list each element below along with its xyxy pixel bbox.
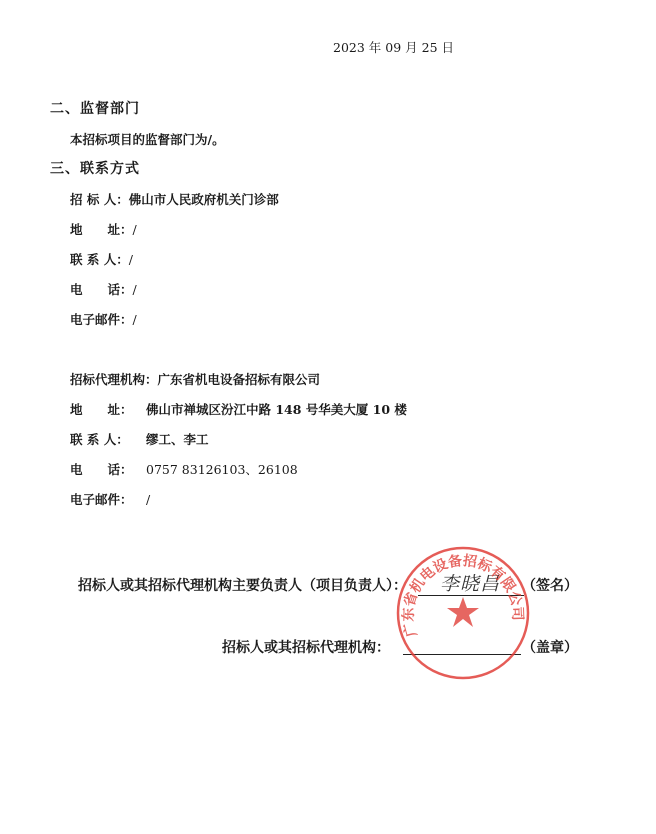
field-label: 地 址： [70,400,146,418]
field-label: 电 话： [70,460,146,478]
field-label: 电子邮件： [70,310,133,328]
field-value: / [133,312,137,327]
agency-email-row: 电子邮件：/ [70,490,150,508]
agency-name-row: 招标代理机构：广东省机电设备招标有限公司 [70,370,320,388]
stamp-label: 招标人或其招标代理机构： [222,637,390,657]
agency-phone-row: 电 话：0757 83126103、26108 [70,460,298,478]
agency-address-row: 地 址：佛山市禅城区汾江中路 148 号华美大厦 10 楼 [70,400,407,418]
supervision-text: 本招标项目的监督部门为/。 [70,130,225,148]
agency-contact-row: 联 系 人：缪工、李工 [70,430,209,448]
document-date: 2023 年 09 月 25 日 [333,38,454,56]
section-heading-supervision: 二、监督部门 [50,98,140,118]
field-label: 招 标 人： [70,190,129,208]
tenderer-email-row: 电子邮件：/ [70,310,137,328]
tenderer-address-row: 地 址：/ [70,220,137,238]
field-value: 佛山市人民政府机关门诊部 [129,192,279,207]
company-seal-icon: 广东省机电设备招标有限公司 [395,545,531,681]
tenderer-contact-row: 联 系 人：/ [70,250,133,268]
field-label: 联 系 人： [70,430,146,448]
field-value: / [146,492,150,507]
field-label: 电子邮件： [70,490,146,508]
field-value: 缪工、李工 [146,432,209,447]
field-label: 联 系 人： [70,250,129,268]
field-value: / [133,282,137,297]
field-value: / [129,252,133,267]
field-value: 0757 83126103、26108 [146,462,298,477]
field-value: 佛山市禅城区汾江中路 148 号华美大厦 10 楼 [146,402,407,417]
field-label: 电 话： [70,280,133,298]
signature-label: 招标人或其招标代理机构主要负责人（项目负责人）： [78,575,407,595]
field-label: 地 址： [70,220,133,238]
field-value: / [133,222,137,237]
field-value: 广东省机电设备招标有限公司 [158,372,321,387]
tenderer-phone-row: 电 话：/ [70,280,137,298]
section-heading-contact: 三、联系方式 [50,158,140,178]
field-label: 招标代理机构： [70,370,158,388]
tenderer-name-row: 招 标 人：佛山市人民政府机关门诊部 [70,190,279,208]
